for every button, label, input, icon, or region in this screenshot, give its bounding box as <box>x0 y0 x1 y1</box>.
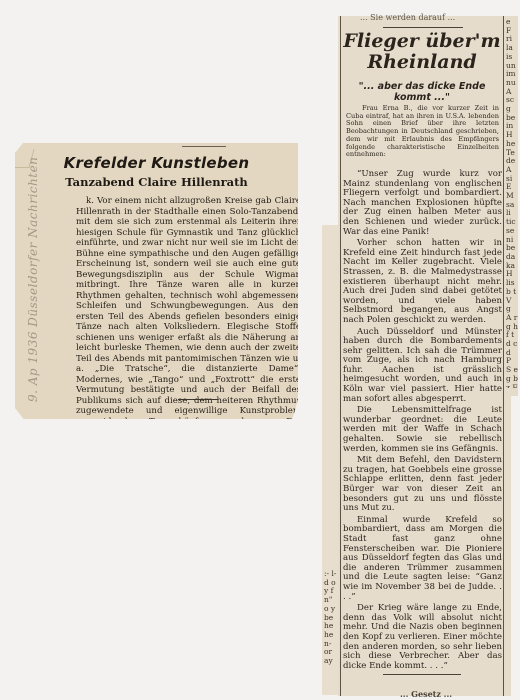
article-paragraph: Vorher schon hatten wir in Krefeld eine … <box>343 239 502 325</box>
intro-paragraph: Frau Erna B., die vor kurzer Zeit in Cub… <box>346 105 499 159</box>
clipping-body: “Unser Zug wurde kurz vor Mainz stundenl… <box>343 170 502 673</box>
article-paragraph: Einmal wurde Krefeld so bombardiert, das… <box>343 516 502 602</box>
article-paragraph: “Unser Zug wurde kurz vor Mainz stundenl… <box>343 170 502 237</box>
end-rule <box>178 399 218 400</box>
clipping-body: k. Vor einem nicht allzugroßen Kreise ga… <box>76 196 301 459</box>
clipping-krefelder-kunstleben: Krefelder Kunstleben Tanzabend Claire Hi… <box>15 143 298 419</box>
article-paragraph: Mit dem Befehl, den Davidstern zu tragen… <box>343 456 502 514</box>
article-paragraph: Auch Düsseldorf und Münster haben durch … <box>343 328 502 405</box>
clipping-subheadline: "... aber das dicke Ende kommt ..." <box>342 81 502 103</box>
end-rule <box>383 674 461 675</box>
clipping-intro: Frau Erna B., die vor kurzer Zeit in Cub… <box>346 105 499 159</box>
previous-article-remnant: ... Sie werden darauf ... <box>360 13 500 22</box>
clipping-headline: Flieger über'm Rheinland <box>342 31 502 73</box>
clipping-headline: Krefelder Kunstleben <box>15 154 298 172</box>
handwritten-note: 9. Ap 1936 Düsseldorfer Nachrichten <box>26 157 40 402</box>
next-article-remnant: ... Gesetz ... <box>400 689 452 699</box>
neighbour-text-left: :- l- d o y f n" o y be he he n- or ay <box>324 570 338 690</box>
article-paragraph: Die Lebensmittelfrage ist wunderbar geor… <box>343 406 502 454</box>
neighbour-text-right: e F ri la is un im nu A sc g be in H he … <box>506 18 518 388</box>
column-rule-left <box>340 16 341 696</box>
clipping-subheadline: Tanzabend Claire Hillenrath <box>15 175 298 189</box>
article-paragraph: k. Vor einem nicht allzugroßen Kreise ga… <box>76 196 301 459</box>
top-rule <box>182 146 226 147</box>
top-rule <box>383 27 463 28</box>
article-paragraph: Der Krieg wäre lange zu Ende, denn das V… <box>343 604 502 671</box>
column-rule-right <box>503 16 504 696</box>
